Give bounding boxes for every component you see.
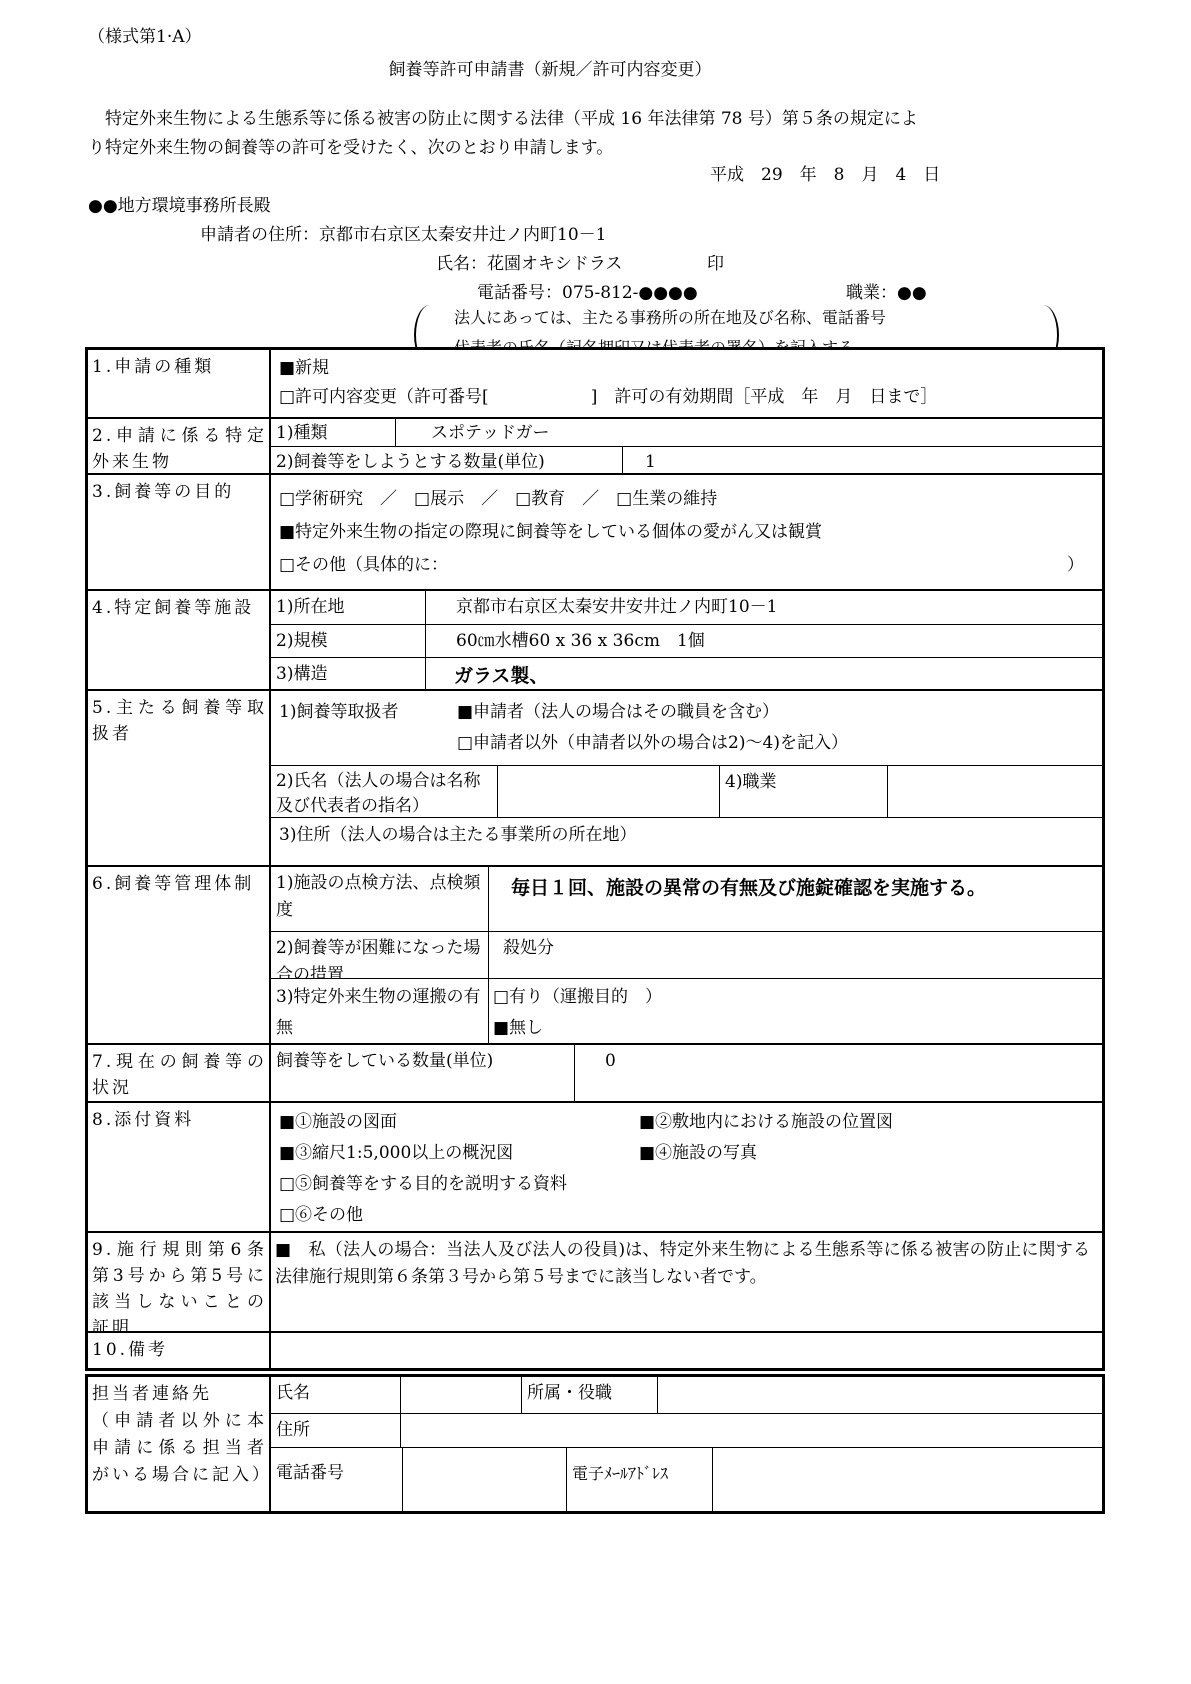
current-qty-value: 0 (575, 1045, 1102, 1101)
contact-address-row: 住所 (271, 1413, 1102, 1447)
row-remarks: 10.備考 (88, 1331, 1102, 1368)
handler-row: 1)飼養等取扱者■申請者（法人の場合はその職員を含む） □申請者以外（申請者以外… (271, 691, 1102, 765)
current-qty-row: 飼養等をしている数量(単位) 0 (271, 1045, 1102, 1101)
intro-line-1: 特定外来生物による生態系等に係る被害の防止に関する法律（平成 16 年法律第 7… (88, 105, 1118, 134)
handler-label: 1)飼養等取扱者 (279, 697, 457, 728)
structure-label: 3)構造 (271, 658, 426, 689)
row10-label: 10.備考 (88, 1333, 271, 1368)
intro-line-2: り特定外来生物の飼養等の許可を受けたく、次のとおり申請します。 (88, 134, 1118, 163)
main-table: 1.申請の種類 ■新規 □許可内容変更（許可番号[ ] 許可の有効期間［平成 年… (85, 347, 1105, 1371)
inspection-row: 1)施設の点検方法、点検頻度 毎日１回、施設の異常の有無及び施錠確認を実施する。 (271, 867, 1102, 931)
row-eligibility: 9.施行規則第6条第3号から第5号に該当しないことの証明 ■ 私（法人の場合：当… (88, 1231, 1102, 1331)
phone-line: 電話番号：075-812-●●●● (477, 278, 698, 303)
location-label: 1)所在地 (271, 591, 426, 624)
eligibility-statement: ■ 私（法人の場合：当法人及び法人の役員)は、特定外来生物による生態系等に係る被… (271, 1233, 1102, 1331)
qty-value: 1 (623, 447, 1102, 473)
row7-label: 7.現在の飼養等の状況 (88, 1045, 271, 1101)
contact-phone-value (403, 1448, 567, 1511)
species-qty-row: 2)飼養等をしようとする数量(単位) 1 (271, 446, 1102, 473)
intro-paragraph: 特定外来生物による生態系等に係る被害の防止に関する法律（平成 16 年法律第 7… (88, 105, 1118, 163)
contact-content: 氏名 所属・役職 住所 電話番号 電子ﾒｰﾙｱﾄﾞﾚｽ (271, 1377, 1102, 1511)
purpose-other-label: □その他（具体的に： (279, 549, 448, 582)
contact-phone-label: 電話番号 (271, 1448, 403, 1511)
row5-content: 1)飼養等取扱者■申請者（法人の場合はその職員を含む） □申請者以外（申請者以外… (271, 691, 1102, 865)
row-current-keeping: 7.現在の飼養等の状況 飼養等をしている数量(単位) 0 (88, 1043, 1102, 1101)
contact-name-label: 氏名 (271, 1377, 401, 1413)
scale-label: 2)規模 (271, 625, 426, 657)
application-date: 平成 29 年 8 月 4 日 (710, 160, 940, 185)
current-qty-label: 飼養等をしている数量(単位) (271, 1045, 575, 1101)
contact-address-value (401, 1414, 1102, 1447)
difficulty-value: 殺処分 (489, 932, 1102, 978)
transport-label: 3)特定外来生物の運搬の有無 (271, 979, 489, 1043)
row8-content: ■①施設の図面 ■②敷地内における施設の位置図 ■③縮尺1:5,000以上の概況… (271, 1103, 1102, 1231)
attachment-line-1: ■①施設の図面 ■②敷地内における施設の位置図 (279, 1107, 1102, 1138)
row-application-type: 1.申請の種類 ■新規 □許可内容変更（許可番号[ ] 許可の有効期間［平成 年… (88, 350, 1102, 417)
handler-option-applicant: ■申請者（法人の場合はその職員を含む） (457, 702, 779, 722)
contact-name-row: 氏名 所属・役職 (271, 1377, 1102, 1413)
transport-options: □有り（運搬目的 ） ■無し (489, 979, 1102, 1043)
row1-label: 1.申請の種類 (88, 350, 271, 417)
structure-value: ガラス製、 (426, 658, 1102, 689)
option-new: ■新規 (271, 354, 1102, 383)
row-main-handler: 5.主たる飼養等取扱者 1)飼養等取扱者■申請者（法人の場合はその職員を含む） … (88, 689, 1102, 865)
row2-label: 2.申請に係る特定外来生物 (88, 419, 271, 473)
difficulty-row: 2)飼養等が困難になった場合の措置 殺処分 (271, 931, 1102, 978)
contact-label-title: 担当者連絡先 (92, 1381, 267, 1408)
attachment-4: ■④施設の写真 (639, 1138, 757, 1169)
handler-job-value (888, 766, 1102, 817)
attachment-1: ■①施設の図面 (279, 1107, 639, 1138)
purpose-selected: ■特定外来生物の指定の際現に飼養等をしている個体の愛がん又は観賞 (271, 516, 1084, 549)
inspection-value: 毎日１回、施設の異常の有無及び施錠確認を実施する。 (489, 867, 1102, 931)
row5-label: 5.主たる飼養等取扱者 (88, 691, 271, 865)
attachment-5: □⑤飼養等をする目的を説明する資料 (279, 1169, 1102, 1200)
contact-label: 担当者連絡先 （申請者以外に本申請に係る担当者がいる場合に記入） (88, 1377, 271, 1511)
handler-name-row: 2)氏名（法人の場合は名称及び代表者の指名） 4)職業 (271, 765, 1102, 817)
kind-label: 1)種類 (271, 419, 396, 446)
contact-row: 担当者連絡先 （申請者以外に本申請に係る担当者がいる場合に記入） 氏名 所属・役… (88, 1377, 1102, 1511)
row3-label: 3.飼養等の目的 (88, 475, 271, 589)
purpose-other-close: ） (1067, 549, 1084, 582)
facility-scale-row: 2)規模 60㎝水槽60 x 36 x 36cm 1個 (271, 624, 1102, 657)
occupation-line: 職業：●● (846, 278, 927, 303)
scale-value: 60㎝水槽60 x 36 x 36cm 1個 (426, 625, 1102, 657)
transport-option-yes: □有り（運搬目的 ） (493, 982, 1098, 1013)
row8-label: 8.添付資料 (88, 1103, 271, 1231)
transport-option-no: ■無し (493, 1013, 1098, 1043)
handler-name-label: 2)氏名（法人の場合は名称及び代表者の指名） (271, 766, 498, 817)
contact-position-label: 所属・役職 (522, 1377, 658, 1413)
row-facility: 4.特定飼養等施設 1)所在地 京都市右京区太秦安井安井辻ノ内町10－1 2)規… (88, 589, 1102, 689)
contact-phone-row: 電話番号 電子ﾒｰﾙｱﾄﾞﾚｽ (271, 1447, 1102, 1511)
handler-job-label: 4)職業 (720, 766, 888, 817)
handler-name-value (498, 766, 720, 817)
page-title: 飼養等許可申請書（新規／許可内容変更） (0, 55, 1100, 80)
contact-address-label: 住所 (271, 1414, 401, 1447)
inspection-label: 1)施設の点検方法、点検頻度 (271, 867, 489, 931)
attachment-3: ■③縮尺1:5,000以上の概況図 (279, 1138, 639, 1169)
contact-email-label: 電子ﾒｰﾙｱﾄﾞﾚｽ (567, 1448, 713, 1511)
row-management: 6.飼養等管理体制 1)施設の点検方法、点検頻度 毎日１回、施設の異常の有無及び… (88, 865, 1102, 1043)
option-change: □許可内容変更（許可番号[ ] 許可の有効期間［平成 年 月 日まで］ (271, 383, 1102, 412)
facility-structure-row: 3)構造 ガラス製、 (271, 657, 1102, 689)
row4-label: 4.特定飼養等施設 (88, 591, 271, 689)
location-value: 京都市右京区太秦安井安井辻ノ内町10－1 (426, 591, 1102, 624)
contact-label-note: （申請者以外に本申請に係る担当者がいる場合に記入） (92, 1408, 267, 1489)
addressee: ●●地方環境事務所長殿 (88, 191, 271, 216)
row2-content: 1)種類 スポテッドガー 2)飼養等をしようとする数量(単位) 1 (271, 419, 1102, 473)
row-attachments: 8.添付資料 ■①施設の図面 ■②敷地内における施設の位置図 ■③縮尺1:5,0… (88, 1101, 1102, 1231)
contact-email-value (713, 1448, 1102, 1511)
attachment-6: □⑥その他 (279, 1200, 1102, 1231)
applicant-address-line: 申請者の住所：京都市右京区太秦安井辻ノ内町10－1 (200, 220, 606, 245)
qty-label: 2)飼養等をしようとする数量(単位) (271, 447, 623, 473)
handler-address-row: 3)住所（法人の場合は主たる事業所の所在地） (271, 817, 1102, 865)
difficulty-label: 2)飼養等が困難になった場合の措置 (271, 932, 489, 978)
attachment-line-2: ■③縮尺1:5,000以上の概況図 ■④施設の写真 (279, 1138, 1102, 1169)
contact-position-value (658, 1377, 1102, 1413)
row-target-species: 2.申請に係る特定外来生物 1)種類 スポテッドガー 2)飼養等をしようとする数… (88, 417, 1102, 473)
corporate-note-line-1: 法人にあっては、主たる事務所の所在地及び名称、電話番号 (454, 303, 886, 333)
kind-value: スポテッドガー (396, 419, 1102, 446)
contact-table: 担当者連絡先 （申請者以外に本申請に係る担当者がいる場合に記入） 氏名 所属・役… (85, 1374, 1105, 1514)
seal-mark: 印 (707, 249, 724, 274)
row3-content: □学術研究 ／ □展示 ／ □教育 ／ □生業の維持 ■特定外来生物の指定の際現… (271, 475, 1102, 589)
facility-location-row: 1)所在地 京都市右京区太秦安井安井辻ノ内町10－1 (271, 591, 1102, 624)
row6-content: 1)施設の点検方法、点検頻度 毎日１回、施設の異常の有無及び施錠確認を実施する。… (271, 867, 1102, 1043)
row-purpose: 3.飼養等の目的 □学術研究 ／ □展示 ／ □教育 ／ □生業の維持 ■特定外… (88, 473, 1102, 589)
handler-option-other: □申請者以外（申請者以外の場合は2)～4)を記入） (457, 728, 1102, 759)
handler-line-1: 1)飼養等取扱者■申請者（法人の場合はその職員を含む） (279, 697, 1102, 728)
purpose-other: □その他（具体的に： ） (271, 549, 1084, 582)
row4-content: 1)所在地 京都市右京区太秦安井安井辻ノ内町10－1 2)規模 60㎝水槽60 … (271, 591, 1102, 689)
species-kind-row: 1)種類 スポテッドガー (271, 419, 1102, 446)
attachment-2: ■②敷地内における施設の位置図 (639, 1107, 893, 1138)
row9-label: 9.施行規則第6条第3号から第5号に該当しないことの証明 (88, 1233, 271, 1331)
remarks-value (271, 1333, 1102, 1368)
row6-label: 6.飼養等管理体制 (88, 867, 271, 1043)
application-form-page: （様式第1·A） 飼養等許可申請書（新規／許可内容変更） 特定外来生物による生態… (0, 0, 1191, 1684)
contact-name-value (401, 1377, 522, 1413)
transport-row: 3)特定外来生物の運搬の有無 □有り（運搬目的 ） ■無し (271, 978, 1102, 1043)
row1-content: ■新規 □許可内容変更（許可番号[ ] 許可の有効期間［平成 年 月 日まで］ (271, 350, 1102, 417)
form-code: （様式第1·A） (88, 22, 202, 47)
purpose-options: □学術研究 ／ □展示 ／ □教育 ／ □生業の維持 (271, 483, 1084, 516)
applicant-name-line: 氏名：花園オキシドラス (436, 249, 622, 274)
row7-content: 飼養等をしている数量(単位) 0 (271, 1045, 1102, 1101)
